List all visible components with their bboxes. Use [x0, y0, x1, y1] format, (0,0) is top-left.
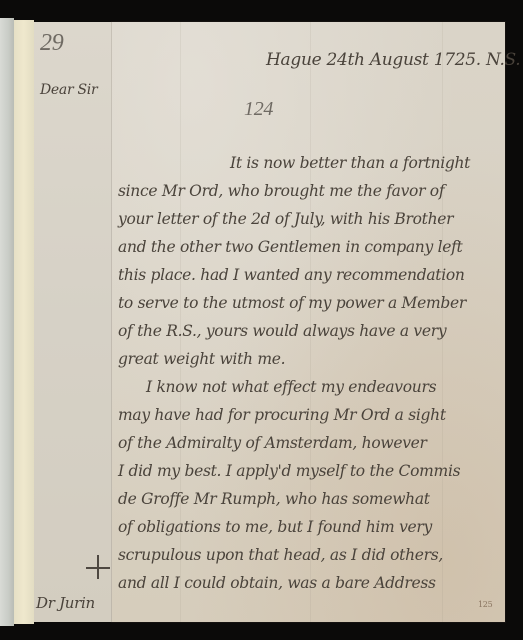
- body-line: de Groffe Mr Rumph, who has somewhat: [118, 490, 430, 508]
- mount-guard-strip: [0, 18, 14, 626]
- folio-mark: 29: [40, 30, 63, 57]
- body-line: this place. had I wanted any recommendat…: [118, 266, 465, 284]
- dateline: Hague 24th August 1725. N.S.: [266, 50, 520, 70]
- salutation: Dear Sir: [40, 82, 97, 98]
- page-number: 125: [478, 600, 492, 609]
- body-line: of obligations to me, but I found him ve…: [118, 518, 432, 536]
- body-line: your letter of the 2d of July, with his …: [118, 210, 453, 228]
- archive-number: 124: [244, 98, 273, 121]
- body-line: to serve to the utmost of my power a Mem…: [118, 294, 466, 312]
- margin-cross-mark: [86, 555, 110, 579]
- body-line: of the R.S., yours would always have a v…: [118, 322, 446, 340]
- body-line: scrupulous upon that head, as I did othe…: [118, 546, 443, 564]
- body-line: It is now better than a fortnight: [230, 154, 470, 172]
- body-line: of the Admiralty of Amsterdam, however: [118, 434, 427, 452]
- addressee: Dr Jurin: [36, 594, 95, 612]
- left-margin-panel: [34, 22, 113, 622]
- document-scan: 29 Dear Sir Hague 24th August 1725. N.S.…: [0, 0, 523, 640]
- body-line: and the other two Gentlemen in company l…: [118, 238, 462, 256]
- body-line: may have had for procuring Mr Ord a sigh…: [118, 406, 446, 424]
- body-line: and all I could obtain, was a bare Addre…: [118, 574, 436, 592]
- body-line: great weight with me.: [118, 350, 285, 368]
- body-line: since Mr Ord, who brought me the favor o…: [118, 182, 444, 200]
- body-line: I know not what effect my endeavours: [146, 378, 436, 396]
- mount-hinge-strip: [14, 20, 34, 624]
- body-line: I did my best. I apply'd myself to the C…: [118, 462, 460, 480]
